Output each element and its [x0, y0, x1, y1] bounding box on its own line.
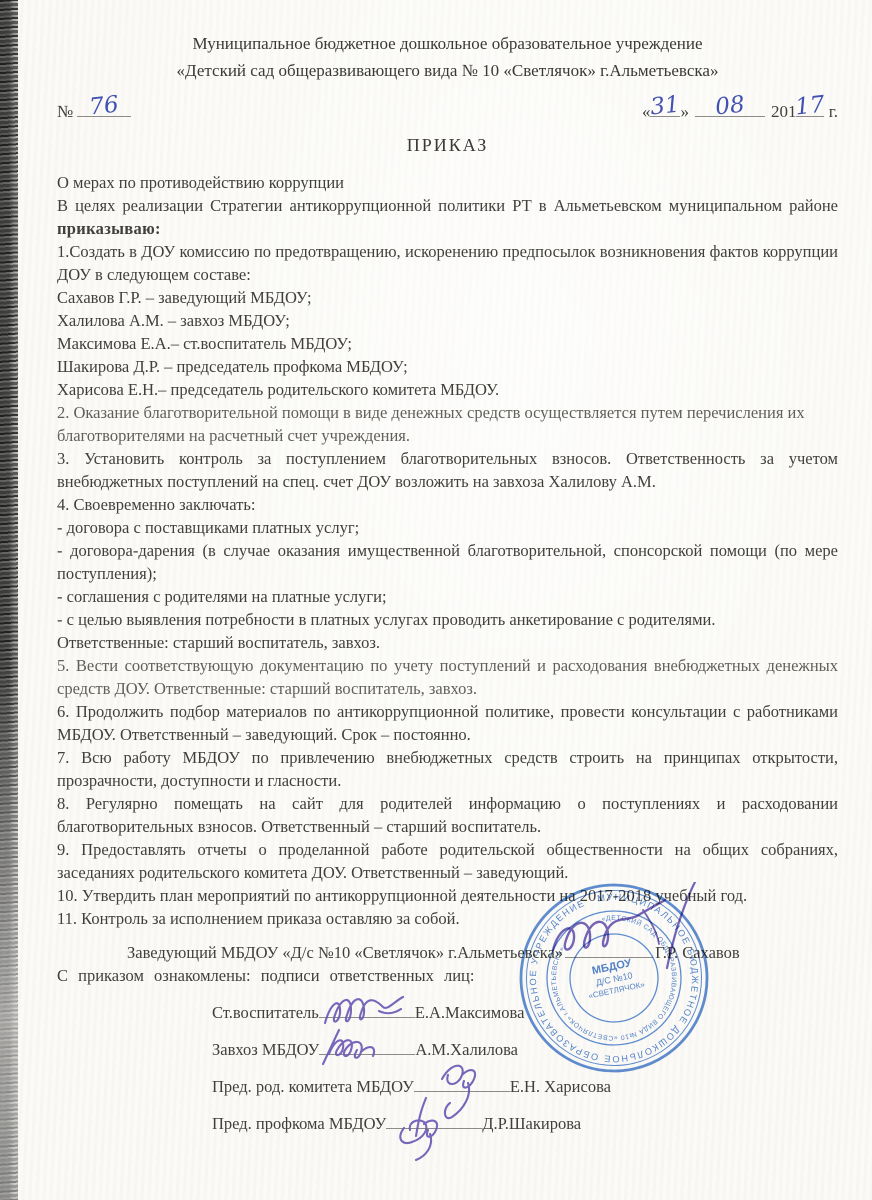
order-item-4: 4. Своевременно заключать: [57, 493, 838, 516]
day-underline: 31 [650, 101, 680, 117]
signature-underline [414, 1076, 510, 1092]
signature-underline [319, 1039, 415, 1055]
order-item-8: 8. Регулярно помещать на сайт для родите… [57, 792, 838, 838]
director-title: Заведующий МБДОУ «Д/с №10 «Светлячок» г.… [127, 943, 563, 962]
number-label: № [57, 102, 73, 121]
scan-edge-artifact [0, 0, 18, 1200]
intro-bold: приказываю: [57, 219, 161, 238]
order-subitem: - договора-дарения (в случае оказания им… [57, 539, 838, 585]
document-number-field: № 76 [57, 101, 131, 122]
order-subitem: - с целью выявления потребности в платны… [57, 608, 838, 631]
intro-paragraph: В целях реализации Стратегии антикоррупц… [57, 194, 838, 240]
number-underline: 76 [77, 101, 131, 117]
year-underline: 17 [796, 101, 824, 117]
order-item-7: 7. Всю работу МБДОУ по привлечению внебю… [57, 746, 838, 792]
order-subitem: - договора с поставщиками платных услуг; [57, 516, 838, 539]
date-close-quote: » [680, 102, 689, 121]
year-g-label: г. [829, 102, 838, 121]
order-item-5: 5. Вести соответствующую документацию по… [57, 654, 838, 700]
signer-row: Пред. род. комитета МБДОУЕ.Н. Харисова [212, 1075, 838, 1098]
acknowledgement-line: С приказом ознакомлены: подписи ответств… [57, 964, 838, 987]
order-item-1: 1.Создать в ДОУ комиссию по предотвращен… [57, 240, 838, 286]
signer-name: Д.Р.Шакирова [482, 1114, 581, 1133]
org-name-line2: «Детский сад общеразвивающего вида № 10 … [57, 57, 838, 84]
commission-member: Максимова Е.А.– ст.воспитатель МБДОУ; [57, 332, 838, 355]
order-item-9: 9. Предоставлять отчеты о проделанной ра… [57, 838, 838, 884]
order-item-3: 3. Установить контроль за поступлением б… [57, 447, 838, 493]
order-item-6: 6. Продолжить подбор материалов по антик… [57, 700, 838, 746]
shakirova-signature [386, 1098, 482, 1144]
intro-text: В целях реализации Стратегии антикоррупц… [57, 196, 838, 215]
date-open-quote: « [642, 102, 651, 121]
commission-member: Харисова Е.Н.– председатель родительског… [57, 378, 838, 401]
khalilova-signature [319, 1024, 415, 1070]
director-signoff-row: Заведующий МБДОУ «Д/с №10 «Светлячок» г.… [57, 941, 838, 964]
meta-row: № 76 «31»0820117 г. [57, 101, 838, 122]
responsible-line: Ответственные: старший воспитатель, завх… [57, 631, 838, 654]
signer-name: Е.А.Максимова [415, 1003, 525, 1022]
order-item-10: 10. Утвердить план мероприятий по антико… [57, 884, 838, 907]
handwritten-day: 31 [650, 92, 682, 121]
handwritten-number: 76 [89, 92, 121, 121]
scanned-order-document: Муниципальное бюджетное дошкольное образ… [0, 0, 872, 1200]
signer-label: Ст.воспитатель [212, 1003, 319, 1022]
signer-label: Пред. род. комитета МБДОУ [212, 1077, 414, 1096]
handwritten-month: 08 [714, 92, 746, 121]
subject-line: О мерах по противодействию коррупции [57, 171, 838, 194]
commission-member: Шакирова Д.Р. – председатель профкома МБ… [57, 355, 838, 378]
signer-name: А.М.Халилова [415, 1040, 518, 1059]
org-name-line1: Муниципальное бюджетное дошкольное образ… [57, 30, 838, 57]
handwritten-year: 17 [795, 92, 827, 121]
director-signature [545, 882, 715, 987]
order-item-2: 2. Оказание благотворительной помощи в в… [57, 401, 838, 447]
document-title: ПРИКАЗ [57, 135, 838, 156]
document-date-field: «31»0820117 г. [642, 101, 838, 122]
document-header: Муниципальное бюджетное дошкольное образ… [57, 30, 838, 84]
commission-member: Сахавов Г.Р. – заведующий МБДОУ; [57, 286, 838, 309]
signer-row: Пред. профкома МБДОУД.Р.Шакирова [212, 1112, 838, 1135]
commission-member: Халилова А.М. – завхоз МБДОУ; [57, 309, 838, 332]
document-body: О мерах по противодействию коррупции В ц… [57, 171, 838, 930]
signers-list: Ст.воспитательЕ.А.Максимова Завхоз МБДОУ… [57, 1001, 838, 1135]
year-prefix: 201 [771, 102, 797, 121]
signer-name: Е.Н. Харисова [510, 1077, 611, 1096]
signature-underline [319, 1002, 415, 1018]
order-item-11: 11. Контроль за исполнением приказа оста… [57, 907, 838, 930]
signer-label: Завхоз МБДОУ [212, 1040, 319, 1059]
order-subitem: - соглашения с родителями на платные усл… [57, 585, 838, 608]
month-underline: 08 [695, 101, 765, 117]
signature-underline [386, 1113, 482, 1129]
signer-label: Пред. профкома МБДОУ [212, 1114, 386, 1133]
